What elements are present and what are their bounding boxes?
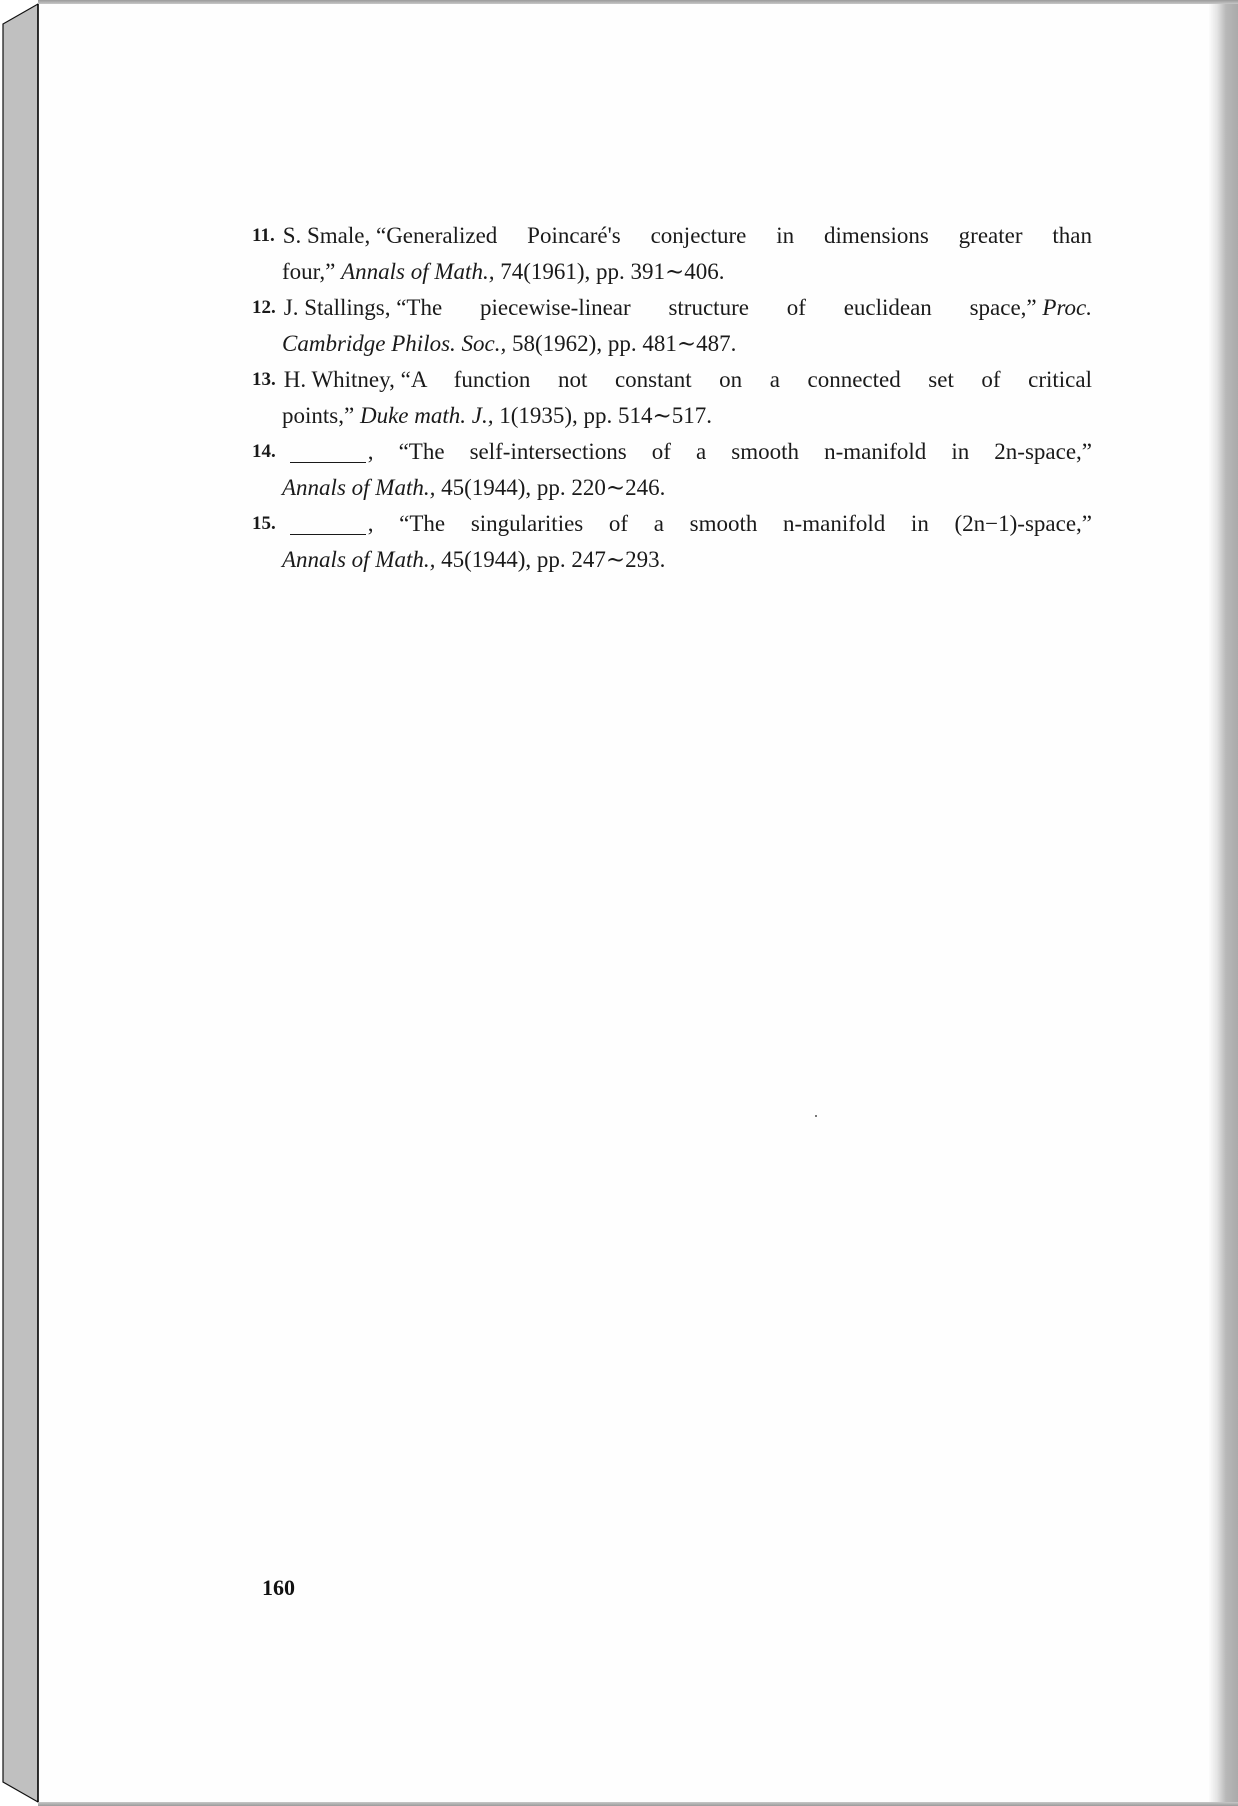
reference-journal: Cambridge Philos. Soc., (282, 331, 506, 356)
same-author-dash (290, 434, 366, 463)
reference-citation: 1(1935), pp. 514∼517. (499, 403, 712, 428)
reference-journal: Annals of Math., (282, 547, 435, 572)
reference-title-end: four,” (282, 259, 335, 284)
reference-number: 14. (252, 434, 276, 470)
reference-number: 12. (252, 290, 276, 326)
reference-item: 11. S. Smale, “Generalized Poincaré's co… (252, 218, 1092, 290)
reference-item: 15. , “The singularities of a smooth n-m… (252, 506, 1092, 578)
reference-title: “Generalized Poincaré's conjecture in di… (376, 218, 1092, 254)
page-right-shadow (1208, 4, 1238, 1802)
reference-title: , “The self-intersections of a smooth n-… (368, 434, 1092, 470)
reference-author: H. Whitney, (284, 362, 395, 398)
reference-journal-start: Proc. (1042, 290, 1092, 326)
reference-list: 11. S. Smale, “Generalized Poincaré's co… (252, 218, 1092, 578)
reference-title: “The piecewise-linear structure of eucli… (396, 290, 1036, 326)
reference-citation: 45(1944), pp. 220∼246. (441, 475, 665, 500)
reference-number: 13. (252, 362, 276, 398)
reference-item: 14. , “The self-intersections of a smoot… (252, 434, 1092, 506)
reference-citation: 74(1961), pp. 391∼406. (500, 259, 724, 284)
reference-citation: 45(1944), pp. 247∼293. (441, 547, 665, 572)
book-spine-graphic (0, 0, 40, 1806)
reference-title-end: points,” (282, 403, 354, 428)
scan-speck (815, 1115, 817, 1117)
reference-item: 12. J. Stallings, “The piecewise-linear … (252, 290, 1092, 362)
reference-title: “A function not constant on a connected … (401, 362, 1092, 398)
reference-journal: Annals of Math., (282, 475, 435, 500)
reference-title: , “The singularities of a smooth n-manif… (368, 506, 1092, 542)
reference-author: J. Stallings, (284, 290, 391, 326)
reference-number: 11. (252, 218, 275, 254)
reference-number: 15. (252, 506, 276, 542)
reference-item: 13. H. Whitney, “A function not constant… (252, 362, 1092, 434)
reference-author: S. Smale, (283, 218, 371, 254)
page-bottom-edge (38, 1802, 1238, 1806)
same-author-dash (290, 506, 366, 535)
page-number: 160 (262, 1575, 295, 1601)
reference-citation: 58(1962), pp. 481∼487. (512, 331, 736, 356)
book-spine (0, 0, 40, 1806)
reference-journal: Annals of Math., (341, 259, 494, 284)
reference-journal: Duke math. J., (360, 403, 494, 428)
